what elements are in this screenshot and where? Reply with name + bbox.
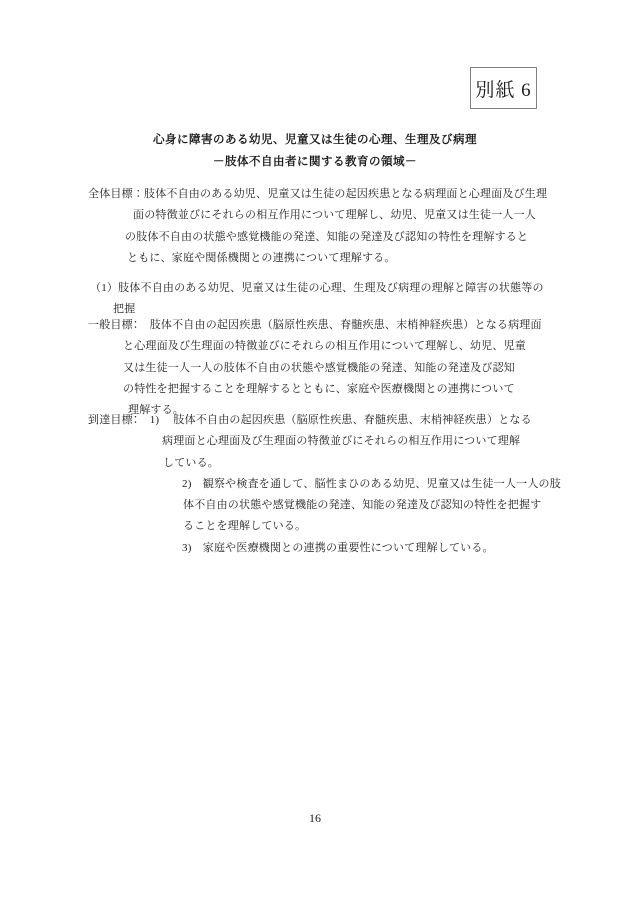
general-goal-paragraph: 一般目標： 肢体不自由の起因疾患（脳原性疾患、脊髄疾患、末梢神経疾患）となる病理…	[88, 315, 588, 421]
text-line: 一般目標： 肢体不自由の起因疾患（脳原性疾患、脊髄疾患、末梢神経疾患）となる病理…	[88, 315, 588, 336]
text-line: の肢体不自由の状態や感覚機能の発達、知能の発達及び認知の特性を理解すると	[88, 227, 588, 248]
text-line: 3) 家庭や医療機関との連携の重要性について理解している。	[88, 538, 588, 559]
text-line: （1）肢体不自由のある幼児、児童又は生徒の心理、生理及び病理の理解と障害の状態等…	[88, 278, 588, 299]
appendix-tag-label: 別紙 6	[475, 75, 531, 102]
document-page: 別紙 6 心身に障害のある幼児、児童又は生徒の心理、生理及び病理 －肢体不自由者…	[0, 0, 630, 903]
text-line: 体不自由の状態や感覚機能の発達、知能の発達及び認知の特性を把握す	[88, 495, 588, 516]
title-line-1: 心身に障害のある幼児、児童又は生徒の心理、生理及び病理	[0, 129, 630, 151]
overall-goal-paragraph: 全体目標：肢体不自由のある幼児、児童又は生徒の起因疾患となる病理面と心理面及び生…	[88, 184, 588, 269]
text-line: の特性を把握することを理解するとともに、家庭や医療機関との連携について	[88, 379, 588, 400]
document-title: 心身に障害のある幼児、児童又は生徒の心理、生理及び病理 －肢体不自由者に関する教…	[0, 129, 630, 173]
page-number: 16	[0, 811, 630, 826]
text-line: 全体目標：肢体不自由のある幼児、児童又は生徒の起因疾患となる病理面と心理面及び生…	[88, 184, 588, 205]
text-line: ともに、家庭や関係機関との連携について理解する。	[88, 248, 588, 269]
text-line: 2) 観察や検査を通して、脳性まひのある幼児、児童又は生徒一人一人の肢	[88, 474, 588, 495]
text-line: 又は生徒一人一人の肢体不自由の状態や感覚機能の発達、知能の発達及び認知	[88, 358, 588, 379]
text-line: している。	[88, 453, 588, 474]
text-line: ることを理解している。	[88, 516, 588, 537]
text-line: 到達目標： 1) 肢体不自由の起因疾患（脳原性疾患、脊髄疾患、末梢神経疾患）とな…	[88, 410, 588, 431]
attainment-goal-paragraph: 到達目標： 1) 肢体不自由の起因疾患（脳原性疾患、脊髄疾患、末梢神経疾患）とな…	[88, 410, 588, 559]
appendix-tag-box: 別紙 6	[470, 67, 537, 109]
title-line-2: －肢体不自由者に関する教育の領域－	[0, 151, 630, 173]
text-line: と心理面及び生理面の特徴並びにそれらの相互作用について理解し、幼児、児童	[88, 336, 588, 357]
text-line: 面の特徴並びにそれらの相互作用について理解し、幼児、児童又は生徒一人一人	[88, 205, 588, 226]
text-line: 病理面と心理面及び生理面の特徴並びにそれらの相互作用について理解	[88, 431, 588, 452]
